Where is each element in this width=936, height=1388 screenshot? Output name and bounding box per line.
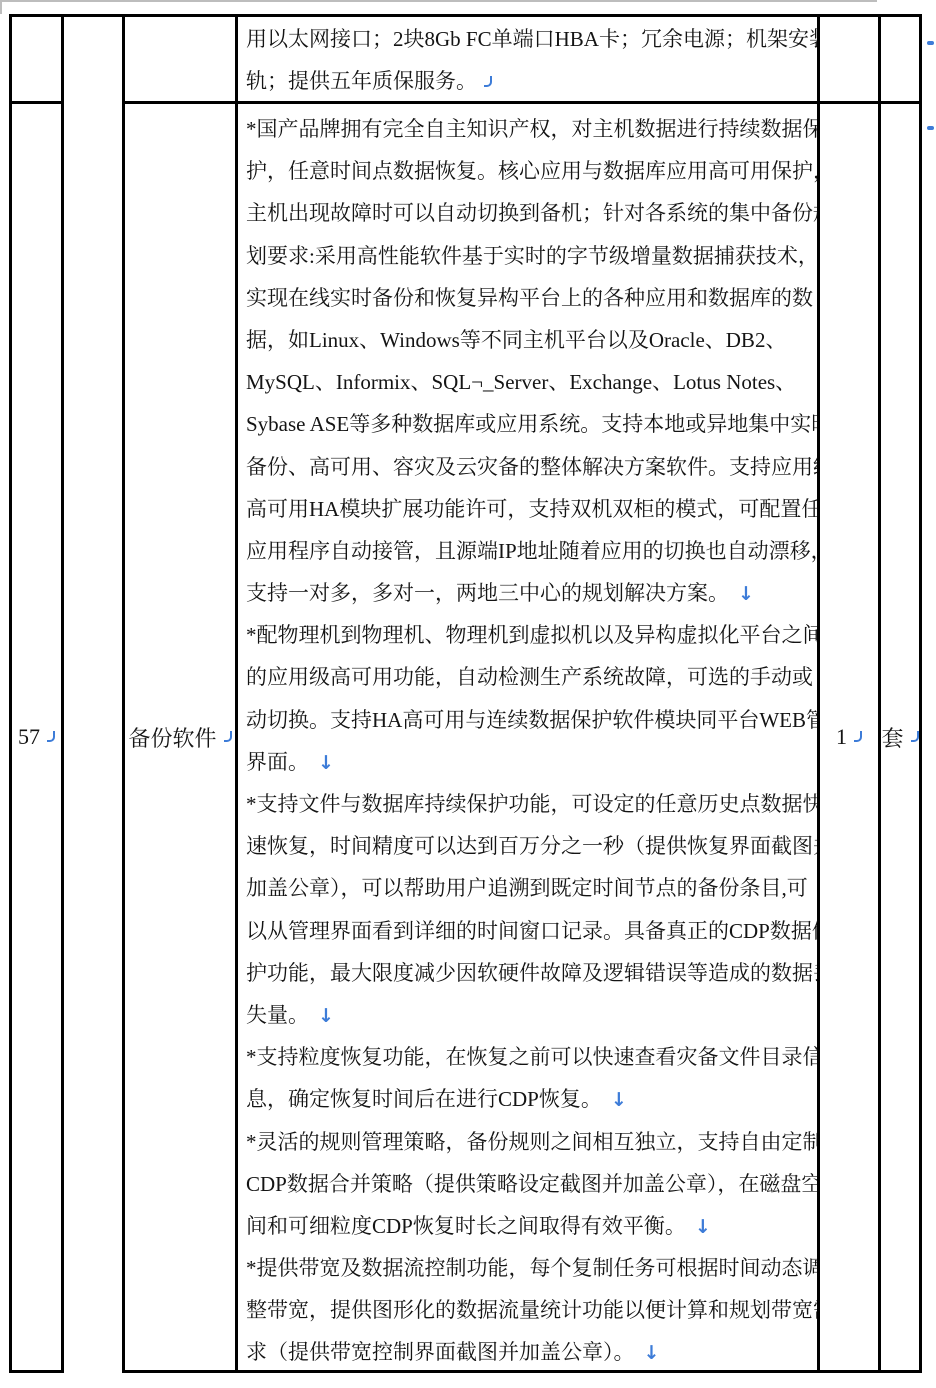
item-spec-cell: *国产品牌拥有完全自主知识产权，对主机数据进行持续数据保护，任意时间点数据恢复。… [235, 104, 817, 1370]
table-border [919, 14, 922, 1373]
spec-line: MySQL、Informix、SQL¬_Server、Exchange、Lotu… [246, 361, 817, 403]
item-name: 备份软件 [128, 722, 216, 753]
spec-line: 间和可细粒度CDP恢复时长之间取得有效平衡。↓ [246, 1205, 817, 1247]
line-break-mark-icon: ↓ [318, 1005, 334, 1027]
item-number-cell: 57 [12, 104, 61, 1370]
spec-line: 失量。↓ [246, 994, 817, 1036]
item-unit: 套 [881, 722, 903, 753]
item-qty: 1 [836, 724, 847, 750]
spec-line: 动切换。支持HA高可用与连续数据保护软件模块同平台WEB管理 [246, 699, 817, 741]
item-qty-cell: 1 [820, 104, 878, 1370]
line-break-mark-icon: ↓ [695, 1216, 711, 1238]
spec-line: 护功能，最大限度减少因软硬件故障及逻辑错误等造成的数据丢 [246, 952, 817, 994]
page-boundary-top [0, 0, 877, 2]
spec-line: 护，任意时间点数据恢复。核心应用与数据库应用高可用保护， [246, 150, 817, 192]
spec-line: *支持粒度恢复功能，在恢复之前可以快速查看灾备文件目录信 [246, 1036, 817, 1078]
document-page: { "document": { "marks": { "line_break_a… [0, 0, 936, 1388]
spec-line: 实现在线实时备份和恢复异构平台上的各种应用和数据库的数 [246, 277, 817, 319]
table-border [61, 14, 64, 1373]
spec-line: 应用程序自动接管，且源端IP地址随着应用的切换也自动漂移， [246, 530, 817, 572]
spec-line: 息，确定恢复时间后在进行CDP恢复。↓ [246, 1078, 817, 1120]
cell-end-mark-icon [911, 731, 919, 742]
cell-end-mark-icon [484, 76, 492, 87]
spec-line: 高可用HA模块扩展功能许可，支持双机双柜的模式，可配置任意 [246, 488, 817, 530]
line-break-mark-icon: ↓ [644, 1342, 660, 1364]
row-end-mark-icon [927, 41, 934, 45]
spec-line: 划要求:采用高性能软件基于实时的字节级增量数据捕获技术， [246, 235, 817, 277]
spec-line: CDP数据合并策略（提供策略设定截图并加盖公章），在磁盘空 [246, 1163, 817, 1205]
spec-line: 轨；提供五年质保服务。 [246, 60, 817, 101]
cell-end-mark-icon [224, 731, 232, 742]
cell-end-mark-icon [854, 731, 862, 742]
spec-line: 整带宽，提供图形化的数据流量统计功能以便计算和规划带宽需 [246, 1289, 817, 1331]
line-break-mark-icon: ↓ [611, 1089, 627, 1111]
item-number: 57 [18, 724, 40, 750]
spec-line: 备份、高可用、容灾及云灾备的整体解决方案软件。支持应用级 [246, 446, 817, 488]
table-border [9, 1370, 64, 1373]
table-border [122, 1370, 922, 1373]
page-boundary-left [0, 0, 2, 14]
spec-line: 以从管理界面看到详细的时间窗口记录。具备真正的CDP数据保 [246, 910, 817, 952]
spec-line: Sybase ASE等多种数据库或应用系统。支持本地或异地集中实时 [246, 403, 817, 445]
cell-end-mark-icon [47, 731, 55, 742]
line-break-mark-icon: ↓ [738, 583, 754, 605]
item-category-cell: 备份软件 [125, 104, 235, 1370]
spec-line: 的应用级高可用功能，自动检测生产系统故障，可选的手动或自 [246, 656, 817, 698]
item-unit-cell: 套 [881, 104, 919, 1370]
spec-line: 据，如Linux、Windows等不同主机平台以及Oracle、DB2、 [246, 319, 817, 361]
spec-line: 主机出现故障时可以自动切换到备机；针对各系统的集中备份规 [246, 192, 817, 234]
spec-line: 求（提供带宽控制界面截图并加盖公章）。↓ [246, 1331, 817, 1370]
spec-line: 支持一对多，多对一，两地三中心的规划解决方案。↓ [246, 572, 817, 614]
spec-line: 界面。↓ [246, 741, 817, 783]
spec-line: 速恢复，时间精度可以达到百万分之一秒（提供恢复界面截图并 [246, 825, 817, 867]
spec-line: 用以太网接口；2块8Gb FC单端口HBA卡；冗余电源；机架安装导 [246, 18, 817, 60]
spec-line: *国产品牌拥有完全自主知识产权，对主机数据进行持续数据保 [246, 108, 817, 150]
spec-line: 加盖公章），可以帮助用户追溯到既定时间节点的备份条目,可 [246, 867, 817, 909]
spec-line: *支持文件与数据库持续保护功能，可设定的任意历史点数据快 [246, 783, 817, 825]
line-break-mark-icon: ↓ [318, 752, 334, 774]
spec-line: *配物理机到物理机、物理机到虚拟机以及异构虚拟化平台之间 [246, 614, 817, 656]
spec-line: *提供带宽及数据流控制功能，每个复制任务可根据时间动态调 [246, 1247, 817, 1289]
spec-line: *灵活的规则管理策略，备份规则之间相互独立，支持自由定制 [246, 1121, 817, 1163]
row-end-mark-icon [927, 126, 934, 130]
prev-item-spec-cell: 用以太网接口；2块8Gb FC单端口HBA卡；冗余电源；机架安装导轨；提供五年质… [235, 15, 817, 101]
